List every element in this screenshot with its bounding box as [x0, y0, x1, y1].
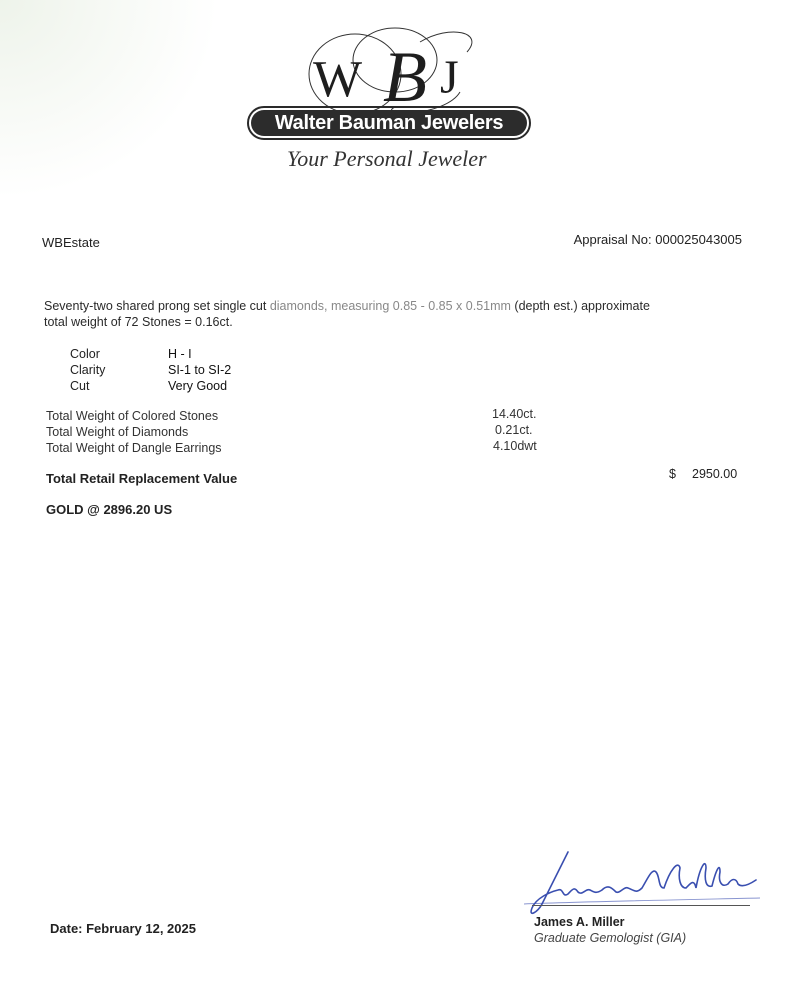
- spec-value-color: H - I: [168, 347, 192, 361]
- appraisal-label: Appraisal No:: [574, 232, 652, 247]
- total-currency: $: [669, 467, 676, 481]
- paper-texture: [0, 0, 220, 200]
- spec-value-cut: Very Good: [168, 379, 227, 393]
- account-name: WBEstate: [42, 235, 100, 250]
- description-part1: Seventy-two shared prong set single cut: [44, 299, 270, 313]
- monogram-w: W: [313, 50, 360, 109]
- company-logo: W B J Walter Bauman Jewelers Your Person…: [245, 22, 555, 182]
- total-value-label: Total Retail Replacement Value: [46, 471, 237, 486]
- total-value-amount: 2950.00: [692, 467, 737, 481]
- weight-label-dangle-earrings: Total Weight of Dangle Earrings: [46, 441, 222, 455]
- company-name-banner: Walter Bauman Jewelers: [247, 106, 531, 140]
- spec-label-color: Color: [70, 347, 100, 361]
- tagline: Your Personal Jeweler: [287, 146, 487, 172]
- signer-name: James A. Miller: [534, 915, 625, 929]
- description-line2: total weight of 72 Stones = 0.16ct.: [44, 315, 233, 329]
- spec-label-clarity: Clarity: [70, 363, 105, 377]
- weight-label-diamonds: Total Weight of Diamonds: [46, 425, 188, 439]
- appraisal-value: 000025043005: [655, 232, 742, 247]
- spec-value-clarity: SI-1 to SI-2: [168, 363, 231, 377]
- signature-icon: [510, 848, 770, 918]
- signer-title: Graduate Gemologist (GIA): [534, 931, 686, 945]
- signature-line: [532, 905, 750, 906]
- description-part2: diamonds, measuring 0.85 - 0.85 x 0.51mm: [270, 299, 511, 313]
- company-name: Walter Bauman Jewelers: [251, 110, 527, 136]
- monogram-j: J: [440, 50, 459, 105]
- spec-label-cut: Cut: [70, 379, 89, 393]
- weight-value-diamonds: 0.21ct.: [495, 423, 533, 437]
- appraisal-date: Date: February 12, 2025: [50, 921, 196, 936]
- gold-price: GOLD @ 2896.20 US: [46, 502, 172, 517]
- weight-value-colored-stones: 14.40ct.: [492, 407, 536, 421]
- weight-value-dangle-earrings: 4.10dwt: [493, 439, 537, 453]
- item-description: Seventy-two shared prong set single cut …: [44, 298, 744, 330]
- appraisal-number: Appraisal No: 000025043005: [574, 232, 742, 247]
- description-part3: (depth est.) approximate: [511, 299, 650, 313]
- weight-label-colored-stones: Total Weight of Colored Stones: [46, 409, 218, 423]
